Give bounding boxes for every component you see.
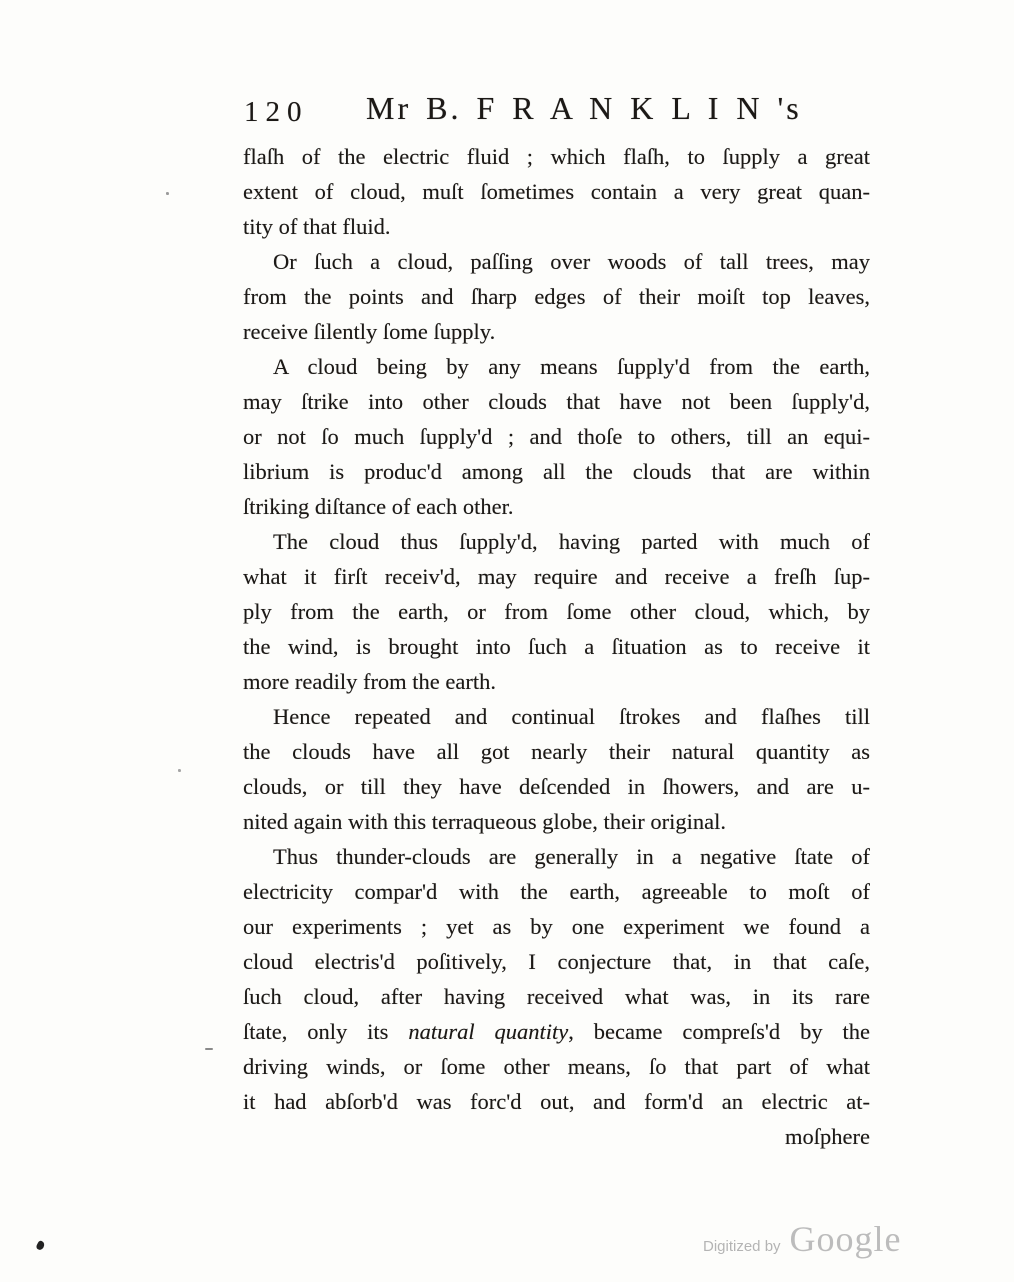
text-line: Or ſuch a cloud, paſſing over woods of t…	[243, 244, 870, 279]
text-line-with-italic: ſtate, only its natural quantity, became…	[243, 1014, 870, 1049]
text-line: the wind, is brought into ſuch a ſituati…	[243, 629, 870, 664]
google-watermark: Digitized by Google	[703, 1218, 902, 1260]
italic-text-segment: natural quantity	[408, 1019, 568, 1044]
text-line: or not ſo much ſupply'd ; and thoſe to o…	[243, 419, 870, 454]
google-logo: Google	[790, 1218, 902, 1260]
text-line: librium is produc'd among all the clouds…	[243, 454, 870, 489]
text-line: flaſh of the electric fluid ; which flaſ…	[243, 139, 870, 174]
running-header-title: Mr B. F R A N K L I N 's	[366, 90, 802, 127]
book-page-scan: 120 Mr B. F R A N K L I N 's flaſh of th…	[0, 0, 1014, 1282]
text-line: receive ſilently ſome ſupply.	[243, 314, 870, 349]
ink-speck	[166, 192, 169, 195]
catchword: moſphere	[243, 1119, 870, 1154]
ink-speck	[178, 769, 181, 772]
ink-speck	[35, 1240, 45, 1251]
text-segment: , became compreſs'd by the	[568, 1019, 870, 1044]
page-number: 120	[244, 96, 309, 129]
text-line: cloud electris'd poſitively, I conjectur…	[243, 944, 870, 979]
text-line: ſtriking diſtance of each other.	[243, 489, 870, 524]
text-line: electricity compar'd with the earth, agr…	[243, 874, 870, 909]
text-line: ſuch cloud, after having received what w…	[243, 979, 870, 1014]
text-line: our experiments ; yet as by one experime…	[243, 909, 870, 944]
ink-speck	[205, 1048, 213, 1050]
body-text: flaſh of the electric fluid ; which flaſ…	[243, 139, 870, 1154]
text-line: from the points and ſharp edges of their…	[243, 279, 870, 314]
text-line: nited again with this terraqueous globe,…	[243, 804, 870, 839]
text-line: Thus thunder-clouds are generally in a n…	[243, 839, 870, 874]
text-line: extent of cloud, muſt ſometimes contain …	[243, 174, 870, 209]
text-line: it had abſorb'd was forc'd out, and form…	[243, 1084, 870, 1119]
text-line: the clouds have all got nearly their nat…	[243, 734, 870, 769]
text-line: A cloud being by any means ſupply'd from…	[243, 349, 870, 384]
digitized-by-label: Digitized by	[703, 1238, 781, 1255]
text-line: may ſtrike into other clouds that have n…	[243, 384, 870, 419]
text-line: tity of that fluid.	[243, 209, 870, 244]
text-line: driving winds, or ſome other means, ſo t…	[243, 1049, 870, 1084]
text-line: ply from the earth, or from ſome other c…	[243, 594, 870, 629]
text-line: The cloud thus ſupply'd, having parted w…	[243, 524, 870, 559]
text-line: Hence repeated and continual ſtrokes and…	[243, 699, 870, 734]
text-line: what it firſt receiv'd, may require and …	[243, 559, 870, 594]
text-segment: ſtate, only its	[243, 1019, 408, 1044]
text-line: clouds, or till they have deſcended in ſ…	[243, 769, 870, 804]
text-line: more readily from the earth.	[243, 664, 870, 699]
